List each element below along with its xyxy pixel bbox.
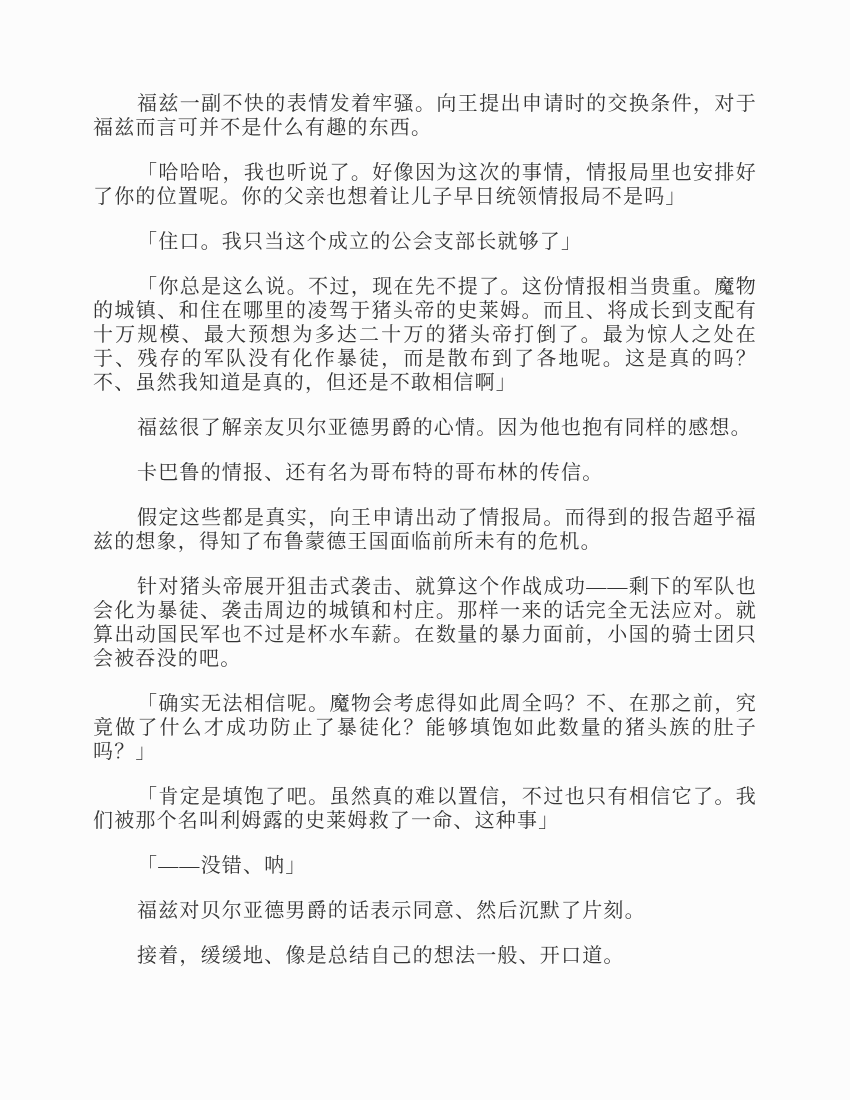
paragraph-narration: 福兹很了解亲友贝尔亚德男爵的心情。因为他也抱有同样的感想。	[93, 416, 757, 440]
paragraph-narration: 福兹一副不快的表情发着牢骚。向王提出申请时的交换条件，对于福兹而言可并不是什么有…	[93, 92, 757, 140]
paragraph-narration: 接着，缓缓地、像是总结自己的想法一般、开口道。	[93, 944, 757, 968]
page: 福兹一副不快的表情发着牢骚。向王提出申请时的交换条件，对于福兹而言可并不是什么有…	[0, 0, 850, 1100]
paragraph-dialogue: 「肯定是填饱了吧。虽然真的难以置信，不过也只有相信它了。我们被那个名叫利姆露的史…	[93, 785, 757, 833]
paragraph-narration: 针对猪头帝展开狙击式袭击、就算这个作战成功——剩下的军队也会化为暴徒、袭击周边的…	[93, 575, 757, 671]
paragraph-dialogue: 「哈哈哈，我也听说了。好像因为这次的事情，情报局里也安排好了你的位置呢。你的父亲…	[93, 161, 757, 209]
paragraph-narration: 假定这些都是真实，向王申请出动了情报局。而得到的报告超乎福兹的想象，得知了布鲁蒙…	[93, 506, 757, 554]
paragraph-dialogue: 「你总是这么说。不过，现在先不提了。这份情报相当贵重。魔物的城镇、和住在哪里的凌…	[93, 275, 757, 395]
paragraph-narration: 卡巴鲁的情报、还有名为哥布特的哥布林的传信。	[93, 461, 757, 485]
text-column: 福兹一副不快的表情发着牢骚。向王提出申请时的交换条件，对于福兹而言可并不是什么有…	[93, 92, 757, 968]
paragraph-dialogue: 「住口。我只当这个成立的公会支部长就够了」	[93, 230, 757, 254]
paragraph-dialogue: 「——没错、呐」	[93, 854, 757, 878]
paragraph-dialogue: 「确实无法相信呢。魔物会考虑得如此周全吗？不、在那之前，究竟做了什么才成功防止了…	[93, 692, 757, 764]
paragraph-narration: 福兹对贝尔亚德男爵的话表示同意、然后沉默了片刻。	[93, 899, 757, 923]
